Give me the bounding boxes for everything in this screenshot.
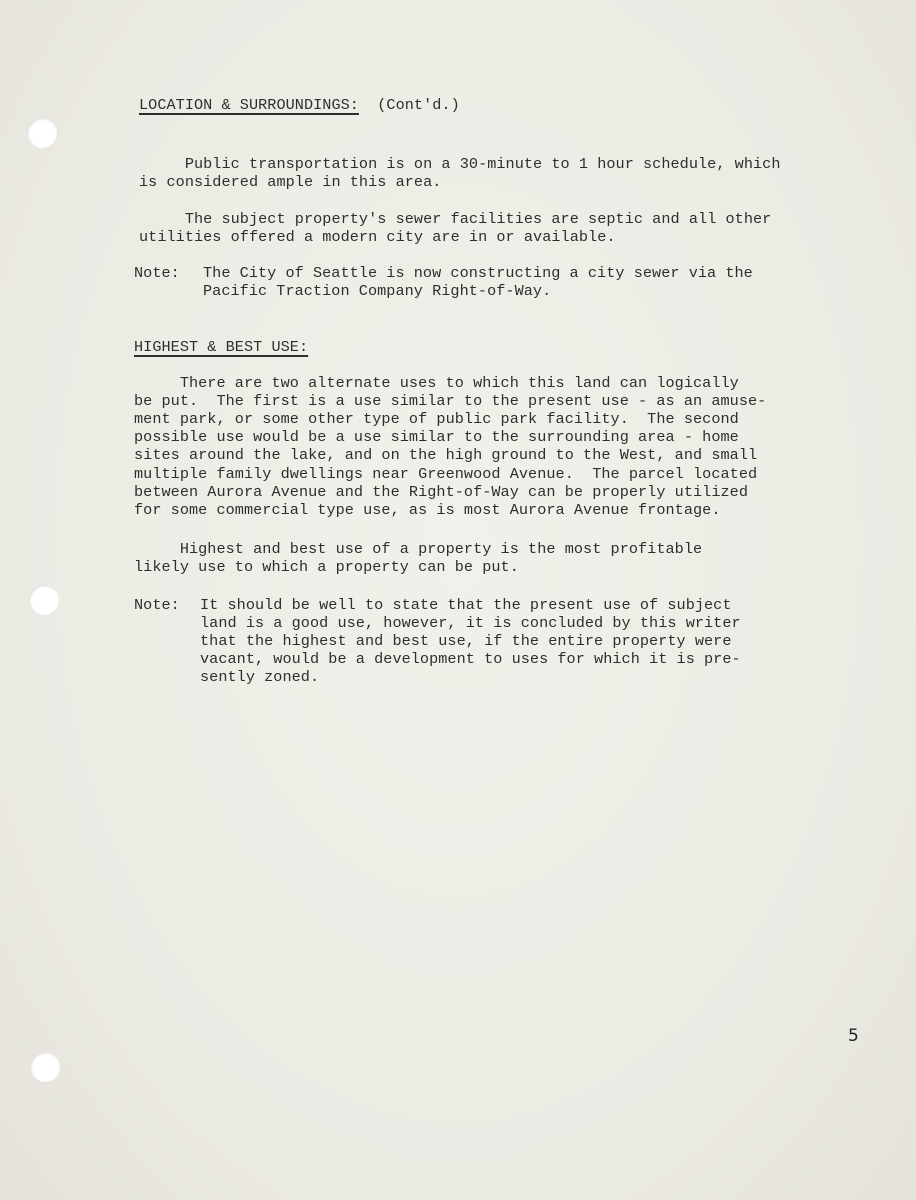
note-label: Note: [134, 264, 180, 282]
punch-hole-bottom [30, 1052, 60, 1082]
note-line: Pacific Traction Company Right-of-Way. [203, 282, 551, 300]
page-number: 5 [848, 1026, 859, 1046]
paragraph-line: utilities offered a modern city are in o… [139, 228, 616, 246]
note-label: Note: [134, 596, 180, 614]
paragraph-line: ment park, or some other type of public … [134, 410, 739, 428]
note-line: sently zoned. [200, 668, 319, 686]
paragraph-line: There are two alternate uses to which th… [134, 374, 739, 392]
note-line: The City of Seattle is now constructing … [203, 264, 753, 282]
paragraph-line: Public transportation is on a 30-minute … [139, 155, 780, 173]
note-line: land is a good use, however, it is concl… [200, 614, 741, 632]
punch-hole-middle [29, 585, 59, 615]
paragraph-line: likely use to which a property can be pu… [134, 558, 519, 576]
paragraph-line: is considered ample in this area. [139, 173, 441, 191]
heading-suffix: (Cont'd.) [377, 96, 459, 114]
paragraph-line: The subject property's sewer facilities … [139, 210, 771, 228]
paragraph-line: Highest and best use of a property is th… [134, 540, 702, 558]
note-line: that the highest and best use, if the en… [200, 632, 732, 650]
section-heading-highest-best-use: HIGHEST & BEST USE: [134, 338, 308, 356]
note-line: It should be well to state that the pres… [200, 596, 732, 614]
paragraph-line: possible use would be a use similar to t… [134, 428, 739, 446]
paragraph-line: between Aurora Avenue and the Right-of-W… [134, 483, 748, 501]
section-heading-location: LOCATION & SURROUNDINGS: (Cont'd.) [139, 96, 460, 114]
heading-text: LOCATION & SURROUNDINGS: [139, 96, 359, 114]
note-line: vacant, would be a development to uses f… [200, 650, 741, 668]
document-page: LOCATION & SURROUNDINGS: (Cont'd.) Publi… [0, 0, 916, 1200]
paragraph-line: sites around the lake, and on the high g… [134, 446, 757, 464]
paragraph-line: multiple family dwellings near Greenwood… [134, 465, 757, 483]
paragraph-line: be put. The first is a use similar to th… [134, 392, 766, 410]
paragraph-line: for some commercial type use, as is most… [134, 501, 721, 519]
punch-hole-top [27, 118, 57, 148]
